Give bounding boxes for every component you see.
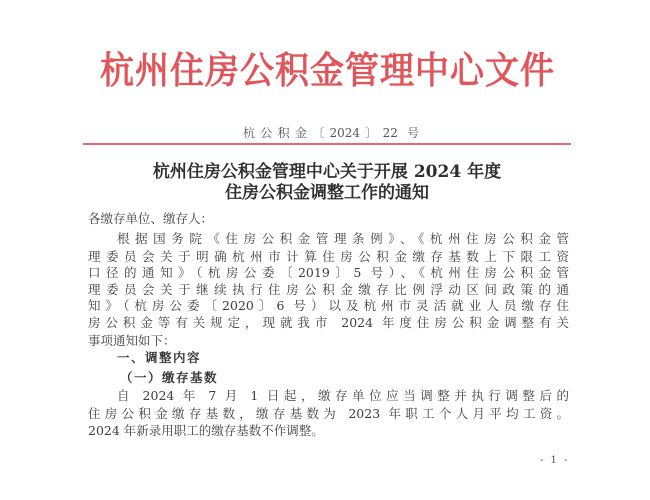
paragraph-line: 理委员会关于明确杭州市计算住房公积金缴存基数上下限工资 — [88, 249, 569, 265]
notice-title-line-2: 住房公积金调整工作的通知 — [82, 183, 572, 203]
paragraph-line: 事项通知如下： — [88, 333, 569, 349]
paragraph-line: 知》（杭房公委〔2020〕6 号）以及杭州市灵活就业人员缴存住 — [88, 298, 569, 314]
notice-title-line-1: 杭州住房公积金管理中心关于开展 2024 年度 — [82, 162, 572, 182]
salutation: 各缴存单位、缴存人： — [88, 211, 569, 227]
paragraph-line: 2024 年新录用职工的缴存基数不作调整。 — [88, 423, 569, 439]
paragraph-line: 口径的通知》（杭房公委〔2019〕5 号）、《杭州住房公积金管 — [88, 265, 569, 281]
paragraph-line: 住房公积金缴存基数，缴存基数为 2023 年职工个人月平均工资。 — [88, 406, 569, 422]
section-heading: 一、调整内容 — [117, 350, 201, 366]
page-number: - 1 - — [540, 455, 569, 466]
document-number: 杭公积金〔2024〕22 号 — [243, 125, 419, 141]
masthead-title: 杭州住房公积金管理中心文件 — [100, 48, 552, 93]
paragraph-line: 房公积金等有关规定，现就我市 2024 年度住房公积金调整有关 — [88, 315, 569, 331]
paragraph-line: 根据国务院《住房公积金管理条例》、《杭州住房公积金管 — [117, 231, 569, 247]
document-page: 杭州住房公积金管理中心文件 杭公积金〔2024〕22 号 杭州住房公积金管理中心… — [0, 0, 650, 500]
red-divider-line — [83, 143, 571, 145]
paragraph-line: 自 2024 年 7 月 1 日起，缴存单位应当调整并执行调整后的 — [117, 388, 569, 404]
paragraph-line: 理委员会关于继续执行住房公积金缴存比例浮动区间政策的通 — [88, 282, 569, 298]
subsection-heading: （一）缴存基数 — [120, 370, 218, 386]
